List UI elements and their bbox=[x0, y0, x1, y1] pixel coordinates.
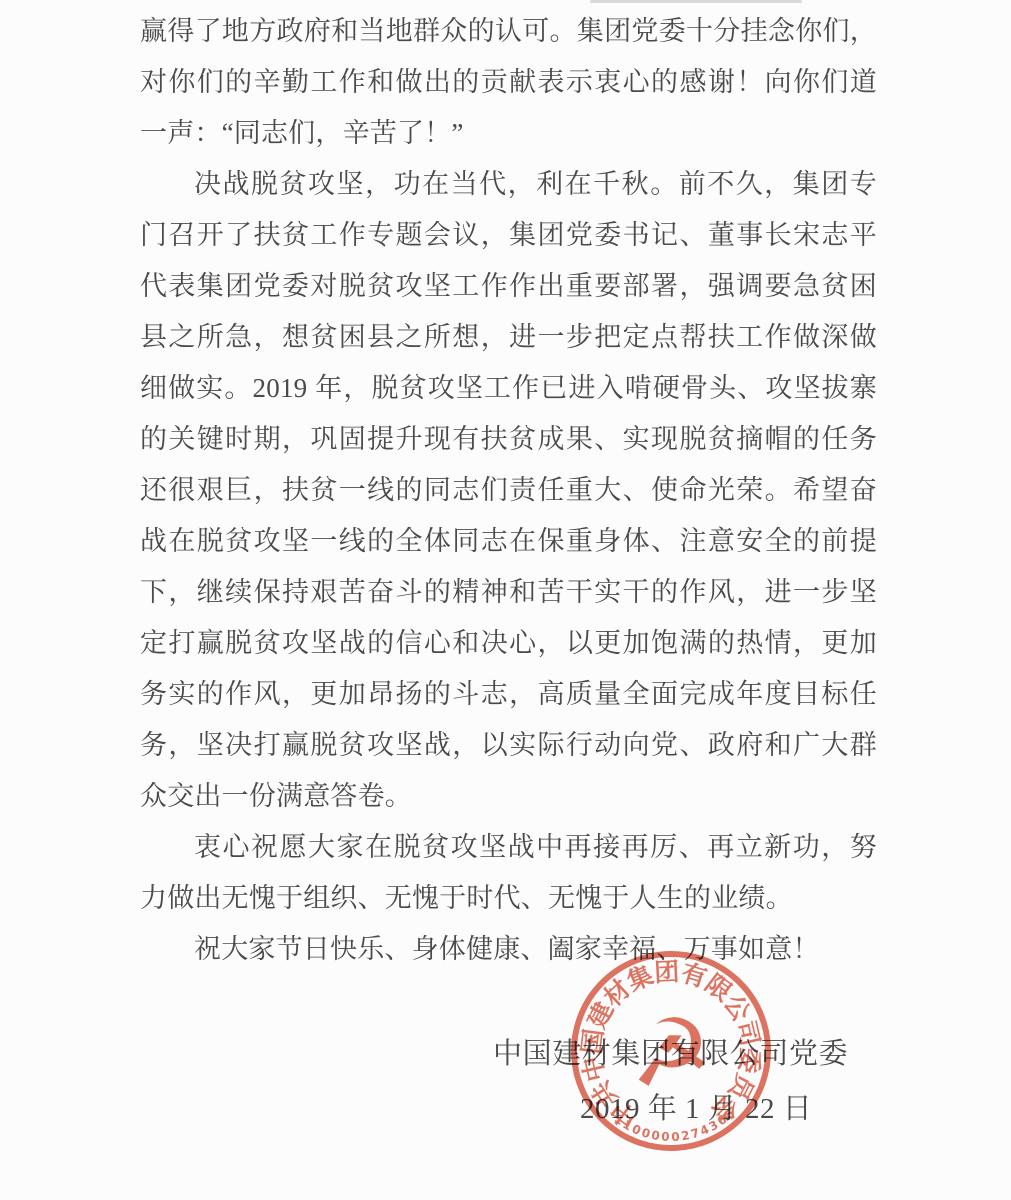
text-line: 的关键时期，巩固提升现有扶贫成果、实现脱贫摘帽的任务 bbox=[140, 414, 877, 465]
svg-text:建: 建 bbox=[583, 998, 619, 1033]
text-line: 决战脱贫攻坚，功在当代，利在千秋。前不久，集团专 bbox=[140, 159, 877, 210]
text-line: 众交出一份满意答卷。 bbox=[140, 771, 877, 822]
svg-text:0: 0 bbox=[671, 1130, 680, 1144]
text-line: 务，坚决打赢脱贫攻坚战，以实际行动向党、政府和广大群 bbox=[140, 720, 877, 771]
document-page: 赢得了地方政府和当地群众的认可。集团党委十分挂念你们，对你们的辛勤工作和做出的贡… bbox=[0, 0, 1011, 1200]
svg-text:材: 材 bbox=[599, 975, 636, 1013]
date-line: 2019 年 1 月 22 日 bbox=[580, 1086, 812, 1127]
svg-text:限: 限 bbox=[700, 970, 737, 1007]
scan-artifact bbox=[590, 0, 802, 3]
svg-text:0: 0 bbox=[661, 1130, 670, 1145]
text-line: 务实的作风，更加昂扬的斗志，高质量全面完成年度目标任 bbox=[140, 669, 877, 720]
text-line: 门召开了扶贫工作专题会议，集团党委书记、董事长宋志平 bbox=[140, 210, 877, 261]
text-line: 战在脱贫攻坚一线的全体同志在保重身体、注意安全的前提 bbox=[140, 516, 877, 567]
text-line: 祝大家节日快乐、身体健康、阖家幸福、万事如意！ bbox=[140, 924, 877, 975]
svg-text:公: 公 bbox=[718, 991, 754, 1027]
svg-text:0: 0 bbox=[650, 1128, 661, 1143]
text-line: 下，继续保持艰苦奋斗的精神和苦干实干的作风，进一步坚 bbox=[140, 567, 877, 618]
text-line: 力做出无愧于组织、无愧于时代、无愧于人生的业绩。 bbox=[140, 873, 877, 924]
text-line: 还很艰巨，扶贫一线的同志们责任重大、使命光荣。希望奋 bbox=[140, 465, 877, 516]
text-line: 赢得了地方政府和当地群众的认可。集团党委十分挂念你们， bbox=[140, 6, 877, 57]
document-body: 赢得了地方政府和当地群众的认可。集团党委十分挂念你们，对你们的辛勤工作和做出的贡… bbox=[140, 6, 877, 975]
text-line: 对你们的辛勤工作和做出的贡献表示衷心的感谢！向你们道 bbox=[140, 57, 877, 108]
text-line: 衷心祝愿大家在脱贫攻坚战中再接再厉、再立新功，努 bbox=[140, 822, 877, 873]
text-line: 细做实。2019 年，脱贫攻坚工作已进入啃硬骨头、攻坚拔寨 bbox=[140, 363, 877, 414]
svg-text:0: 0 bbox=[640, 1125, 652, 1141]
text-line: 一声：“同志们，辛苦了！” bbox=[140, 108, 877, 159]
text-line: 代表集团党委对脱贫攻坚工作作出重要部署，强调要急贫困 bbox=[140, 261, 877, 312]
text-line: 定打赢脱贫攻坚战的信心和决心，以更加饱满的热情，更加 bbox=[140, 618, 877, 669]
signature-line: 中国建材集团有限公司党委 bbox=[493, 1031, 848, 1072]
svg-text:7: 7 bbox=[689, 1126, 701, 1142]
text-line: 县之所急，想贫困县之所想，进一步把定点帮扶工作做深做 bbox=[140, 312, 877, 363]
svg-text:2: 2 bbox=[680, 1128, 691, 1143]
